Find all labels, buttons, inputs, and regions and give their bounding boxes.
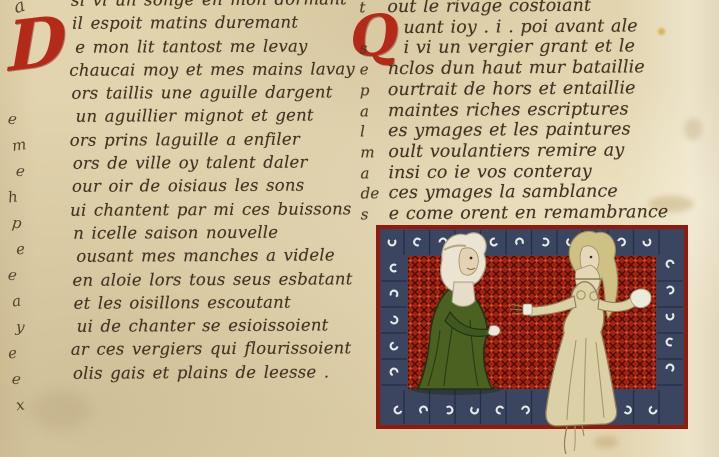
line-text: oult voulantiers remire ay [388,140,624,162]
margin-initial: s [359,39,367,60]
guide-letter: y [15,318,25,337]
text-line: deces ymages la samblance [389,181,711,204]
text-line: our oir de oisiaus les sons [70,174,370,199]
guide-letter: e [7,343,18,362]
text-line: e mon lit tantost me levay [69,34,369,59]
text-line: moult voulantiers remire ay [388,140,710,163]
text-line: amaintes riches escriptures [388,98,710,121]
line-text: ces ymages la samblance [389,182,618,204]
text-line: il espoit matins duremant [69,11,369,36]
margin-initial: e [360,59,369,80]
guide-letter: p [11,214,22,233]
line-text: maintes riches escriptures [388,99,629,121]
guide-letter: e [7,110,18,129]
text-line: si vi un songe en mon dormant [69,0,369,12]
text-line: pourtrait de hors et entaillie [388,78,710,101]
line-text: nclos dun haut mur bataillie [388,57,645,79]
guide-letter: e [15,162,26,181]
margin-initial: t [359,0,365,18]
text-line: ors taillis une aguille dargent [69,80,369,105]
text-line: n icelle saison nouvelle [70,220,370,245]
skirt-train [564,425,584,454]
margin-initial: a [360,163,369,184]
text-line: ousant mes manches a videle [70,243,370,268]
text-line: ar ces vergiers qui flourissoient [71,337,371,362]
line-text: es ymages et les paintures [388,120,631,142]
guide-letter: e [11,370,22,389]
margin-initial: l [360,122,365,143]
margin-initial: m [360,142,374,163]
margin-initial: de [361,184,380,205]
text-line: les ymages et les paintures [388,119,710,142]
line-text: ourtrait de hors et entaillie [388,78,636,100]
text-line: ors de ville oy talent daler [70,150,370,175]
line-text: insi co ie vos conteray [388,161,592,182]
line-text: i vi un vergier grant et le [403,37,635,59]
parchment-stain [30,390,90,430]
guide-letter: x [15,395,26,414]
guide-letter: e [7,266,18,285]
text-line: et les oisillons escoutant [71,290,371,315]
right-text-column: tout le rivage costoiantuant ioy . i . p… [387,0,711,225]
illuminated-initial-D: D [8,6,68,82]
text-line: ui chantent par mi ces buissons [70,197,370,222]
text-line: en aloie lors tous seus esbatant [70,267,370,292]
guide-letter: h [7,187,19,206]
text-line: olis gais et plains de leesse . [71,360,371,385]
miniature-frame [376,225,688,429]
guide-letter: e [15,239,26,258]
margin-initial: a [360,101,369,122]
text-line: un aguillier mignot et gent [70,104,370,129]
text-line: ui de chanter se esioissoient [71,313,371,338]
text-line: uant ioy . i . poi avant ale [387,16,709,39]
text-line: ors prins laguille a enfiler [70,127,370,152]
text-line: si vi un vergier grant et le [387,36,709,59]
miniature-two-ladies [370,220,719,457]
text-line: ainsi co ie vos conteray [388,160,710,183]
left-text-column: si vi un songe en mon dormantil espoit m… [69,0,371,385]
line-text: uant ioy . i . poi avant ale [403,16,637,38]
manuscript-page: a D emehpeeayeex si vi un songe en mon d… [0,0,719,457]
text-line: enclos dun haut mur bataillie [388,57,710,80]
guide-letter: m [11,135,28,155]
margin-initial: p [360,80,370,101]
line-text: out le rivage costoiant [387,0,591,17]
margin-initial: s [361,204,369,225]
guide-letter: a [11,291,22,310]
text-line: chaucai moy et mes mains lavay [69,57,369,82]
